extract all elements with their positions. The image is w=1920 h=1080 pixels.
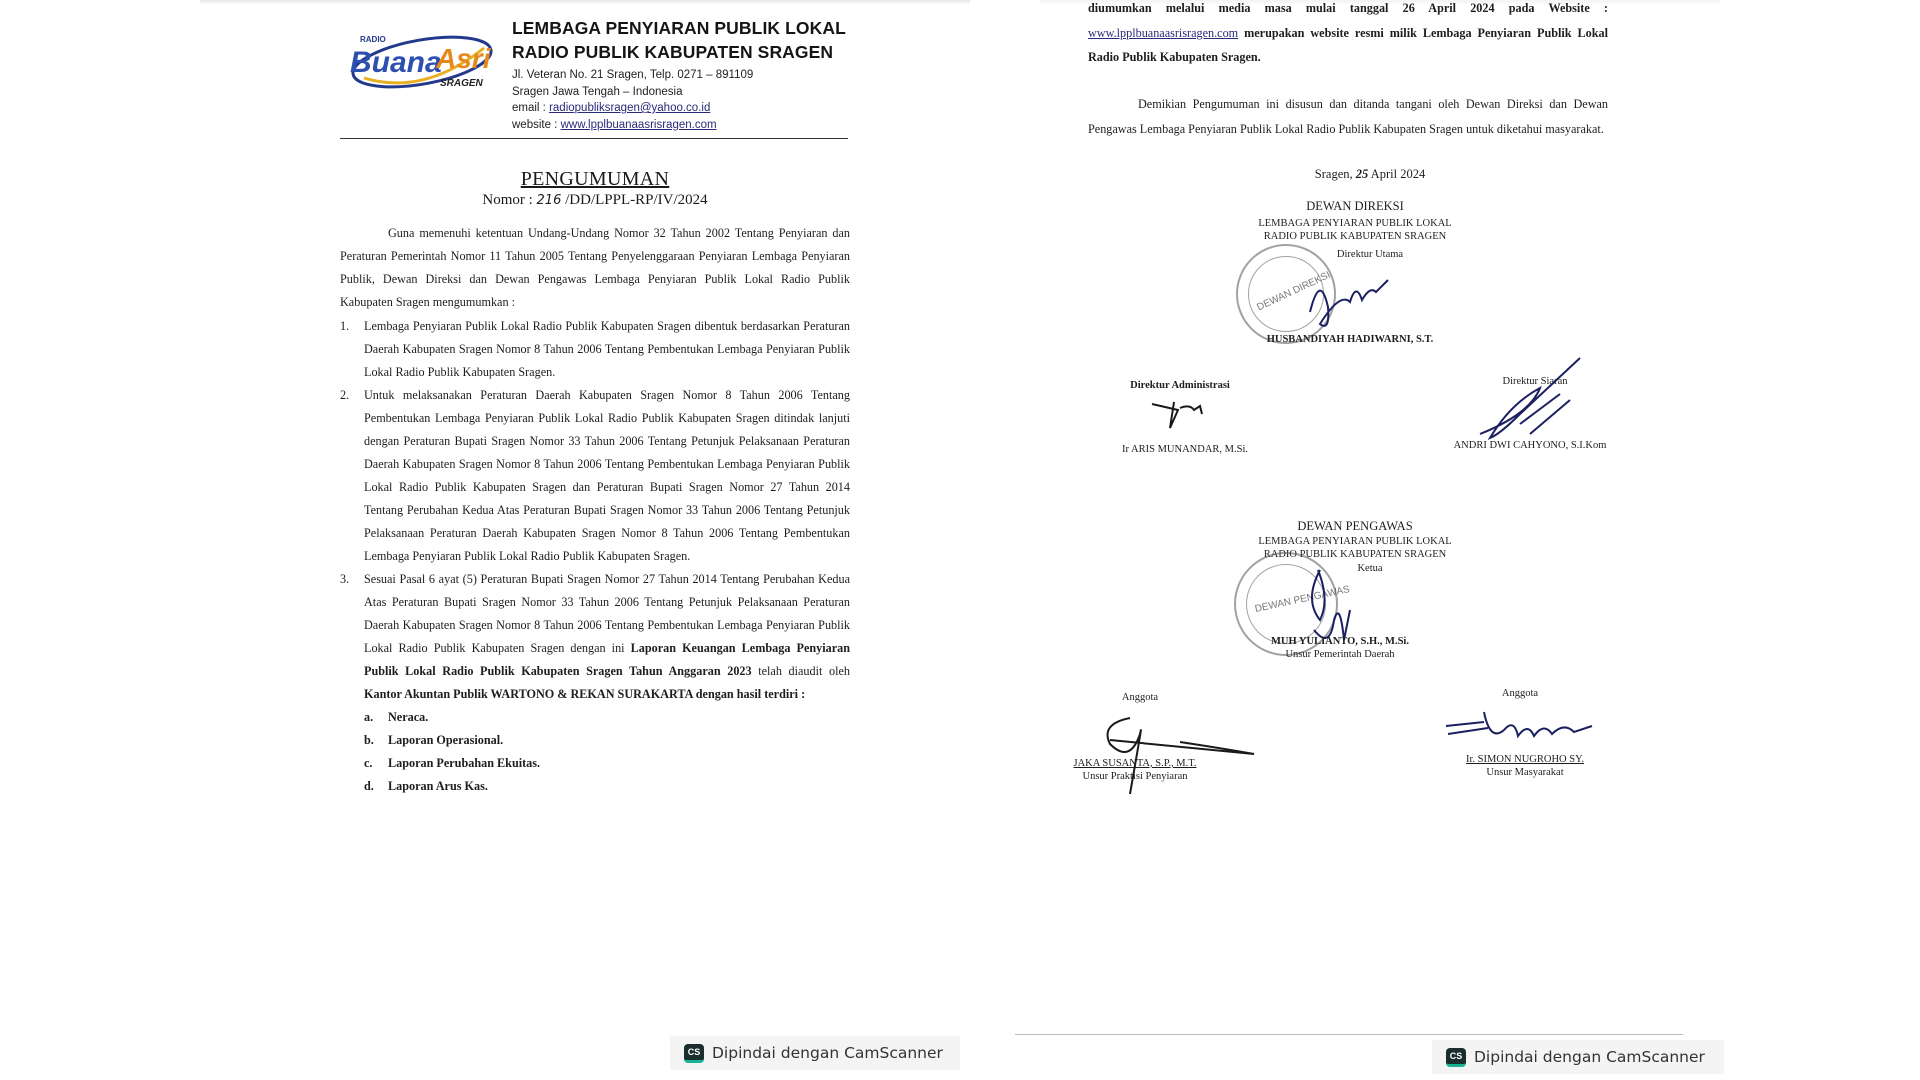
handwritten-number: 216 [537, 193, 562, 208]
supervisors-heading: DEWAN PENGAWAS [1220, 518, 1490, 534]
org-website: website : www.lpplbuanaasrisragen.com [512, 117, 846, 134]
member1-unit: Unsur Praktisi Penyiaran [1060, 771, 1210, 784]
left-page-top-edge [200, 0, 970, 4]
sub-list-item: c.Laporan Perubahan Ekuitas. [364, 752, 850, 775]
member2-role: Anggota [1480, 688, 1560, 701]
website-link[interactable]: www.lpplbuanaasrisragen.com [1088, 26, 1238, 40]
broadcast-director-signature-icon [1460, 354, 1590, 444]
svg-text:Asri: Asri [435, 43, 492, 74]
document-number: Nomor : 216 /DD/LPPL-RP/IV/2024 [340, 192, 850, 209]
letterhead: RADIO Buana Asri SRAGEN LEMBAGA PENYIARA… [340, 16, 850, 126]
admin-director-name: Ir ARIS MUNANDAR, M.Si. [1100, 444, 1270, 457]
list-item: 1. Lembaga Penyiaran Publik Lokal Radio … [340, 315, 850, 384]
list-item: 2. Untuk melaksanakan Peraturan Daerah K… [340, 384, 850, 568]
financial-report-list: a.Neraca. b.Laporan Operasional. c.Lapor… [364, 706, 850, 798]
list-item: 3. Sesuai Pasal 6 ayat (5) Peraturan Bup… [340, 568, 850, 706]
main-director-name: HUSBANDIYAH HADIWARNI, S.T. [1250, 334, 1450, 345]
org-name-line1: LEMBAGA PENYIARAN PUBLIK LOKAL [512, 16, 846, 40]
member2-unit: Unsur Masyarakat [1450, 767, 1600, 780]
letterhead-divider [340, 138, 848, 139]
org-name-line2: RADIO PUBLIK KABUPATEN SRAGEN [512, 40, 846, 64]
main-director-signature-icon [1300, 262, 1390, 342]
member1-role: Anggota [1100, 692, 1180, 705]
document-title: PENGUMUMAN [340, 168, 850, 191]
email-link[interactable]: radiopubliksragen@yahoo.co.id [549, 102, 710, 114]
org-email: email : radiopubliksragen@yahoo.co.id [512, 100, 846, 117]
numbered-list: 1. Lembaga Penyiaran Publik Lokal Radio … [340, 315, 850, 798]
admin-director-role: Direktur Administrasi [1110, 380, 1250, 393]
camscanner-watermark: CS Dipindai dengan CamScanner [1432, 1040, 1724, 1074]
website-link[interactable]: www.lpplbuanaasrisragen.com [561, 119, 717, 131]
admin-director-signature-icon [1150, 398, 1220, 432]
sub-list-item: b.Laporan Operasional. [364, 729, 850, 752]
member1-signature-icon [1070, 704, 1260, 800]
sub-list-item: a.Neraca. [364, 706, 850, 729]
member1-name: JAKA SUSANTA, S.P., M.T. [1060, 758, 1210, 771]
handwritten-day: 25 [1356, 167, 1369, 181]
intro-paragraph: Guna memenuhi ketentuan Undang-Undang No… [340, 222, 850, 314]
closing-paragraph: Demikian Pengumuman ini disusun dan dita… [1088, 92, 1608, 141]
page-bottom-edge [1015, 1034, 1683, 1035]
place-date: Sragen, 25 April 2024 [1230, 166, 1510, 182]
svg-text:SRAGEN: SRAGEN [440, 78, 484, 89]
org-address: Jl. Veteran No. 21 Sragen, Telp. 0271 – … [512, 67, 846, 84]
publication-paragraph: diumumkan melalui media masa mulai tangg… [1088, 0, 1608, 70]
member2-signature-icon [1444, 702, 1594, 752]
svg-text:Buana: Buana [350, 46, 442, 79]
camscanner-watermark: CS Dipindai dengan CamScanner [670, 1036, 960, 1070]
directors-heading: DEWAN DIREKSI [1220, 198, 1490, 214]
camscanner-icon: CS [1446, 1048, 1466, 1067]
chair-unit: Unsur Pemerintah Daerah [1260, 649, 1420, 662]
radio-buana-asri-logo-icon: RADIO Buana Asri SRAGEN [344, 26, 494, 98]
broadcast-director-name: ANDRI DWI CAHYONO, S.I.Kom [1440, 440, 1620, 453]
member2-name: Ir. SIMON NUGROHO SY. [1450, 754, 1600, 767]
chair-name: MUH YULIANTO, S.H., M.Si. [1260, 636, 1420, 647]
camscanner-icon: CS [684, 1044, 704, 1063]
sub-list-item: d.Laporan Arus Kas. [364, 775, 850, 798]
svg-text:RADIO: RADIO [360, 35, 386, 44]
org-region: Sragen Jawa Tengah – Indonesia [512, 84, 846, 101]
